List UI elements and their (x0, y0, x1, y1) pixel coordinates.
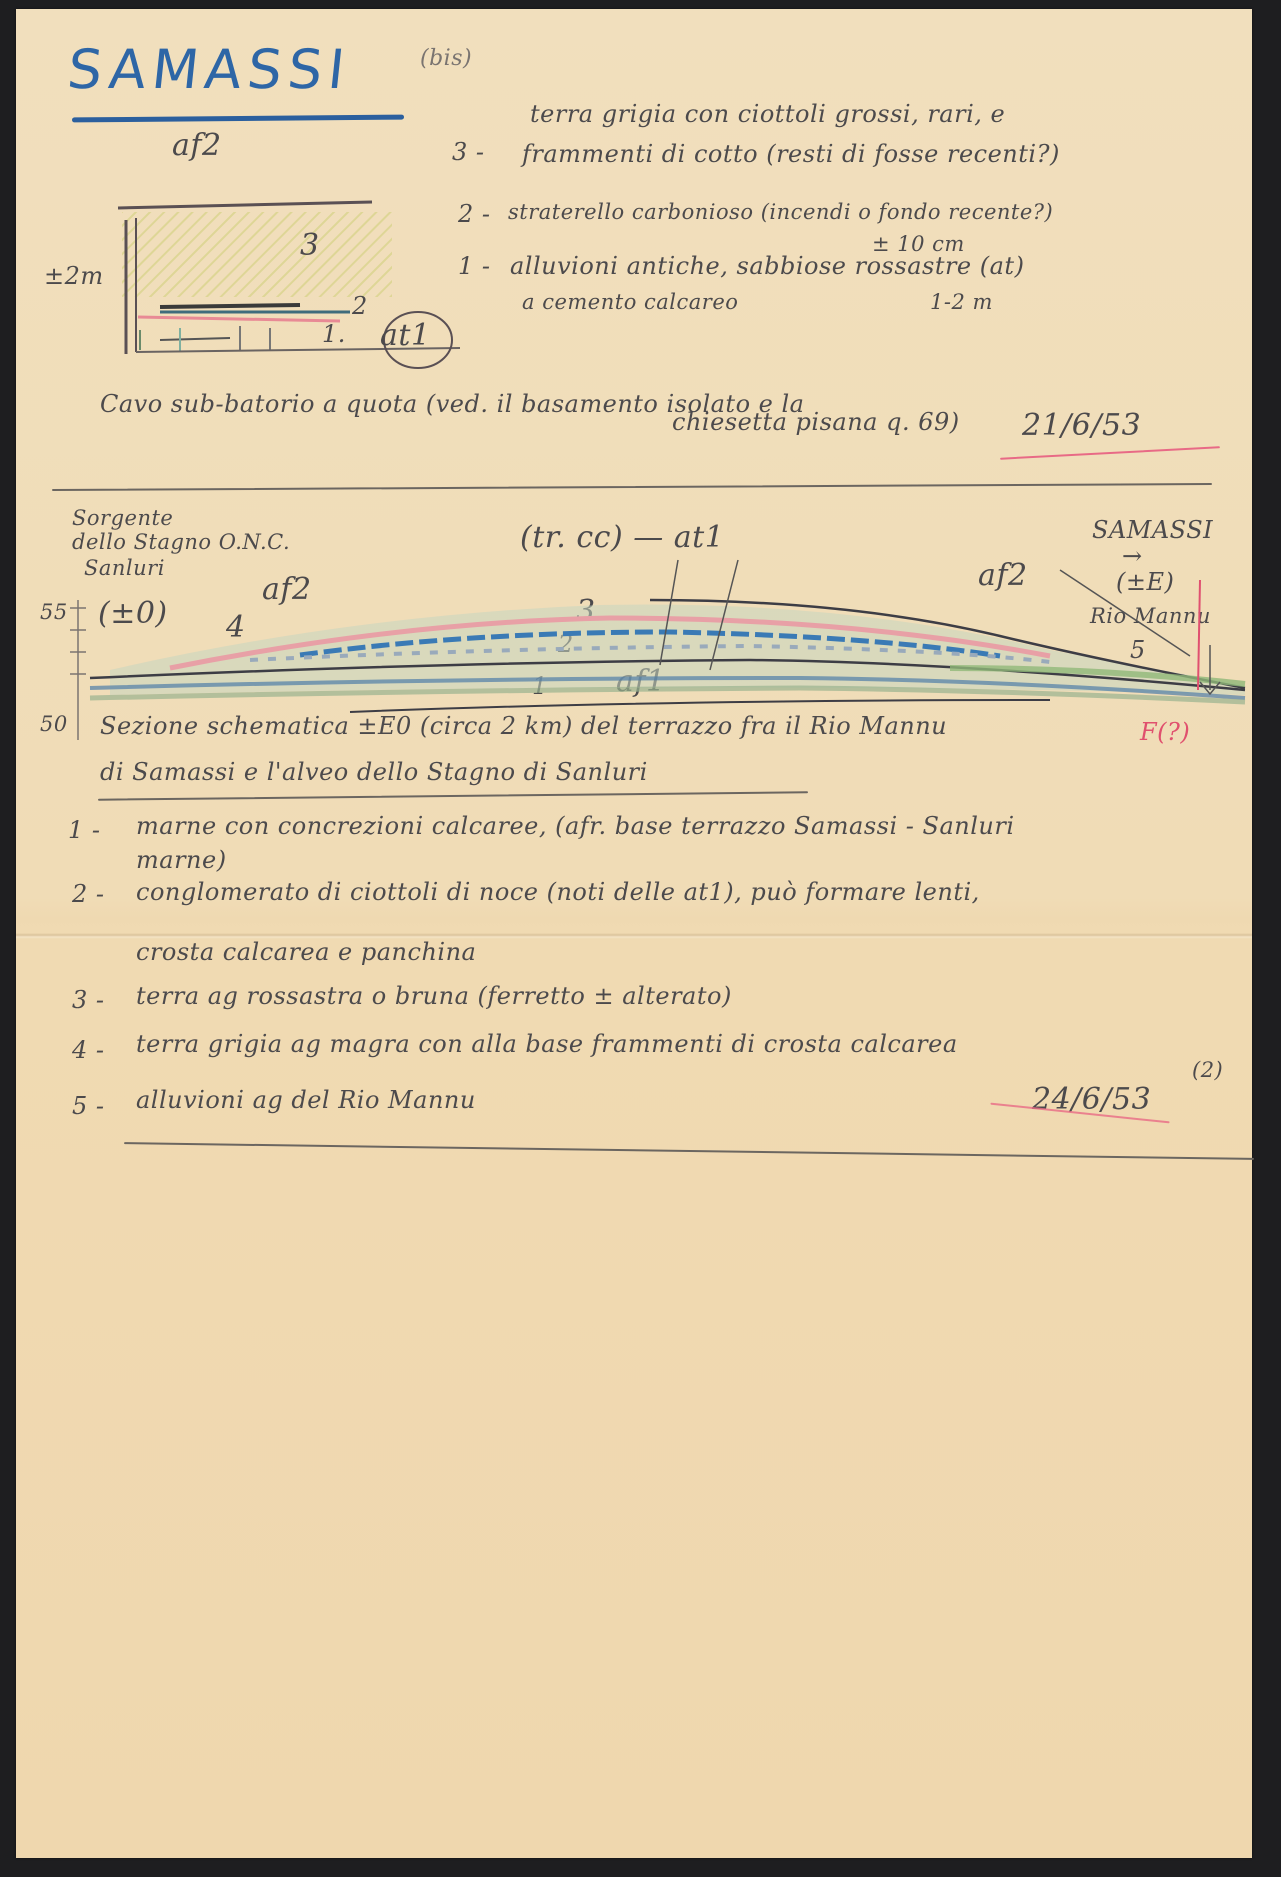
legend2-1-text: marne con concrezioni calcaree, (afr. ba… (136, 812, 1015, 840)
layer-label-1: 1. (322, 320, 346, 348)
date-1: 21/6/53 (1022, 408, 1141, 443)
legend1-3-num: 3 - (452, 138, 485, 166)
legend1-3-line2: frammenti di cotto (resti di fosse recen… (522, 140, 1060, 168)
legend2-3-text: terra ag rossastra o bruna (ferretto ± a… (136, 982, 732, 1010)
legend1-1-num: 1 - (458, 252, 491, 280)
legend2-5-num: 5 - (72, 1092, 105, 1120)
date-2: 24/6/53 (1032, 1082, 1151, 1117)
legend2-2-num: 2 - (72, 880, 105, 908)
caption-red-note: F(?) (1140, 718, 1190, 746)
layer-label-3: 3 (300, 228, 320, 263)
legend1-1-line1: alluvioni antiche, sabbiose rossastre (a… (510, 252, 1024, 280)
legend2-1-num: 1 - (68, 816, 101, 844)
depth-label: ±2m (44, 262, 104, 290)
circled-label-at1: at1 (380, 318, 431, 353)
caption-line1: Sezione schematica ±E0 (circa 2 km) del … (100, 712, 947, 740)
cross-section-drawing (50, 560, 1250, 720)
legend1-2-line1: straterello carbonioso (incendi o fondo … (508, 200, 1053, 224)
legend1-1-line3: 1-2 m (930, 290, 993, 314)
title-note: (bis) (420, 46, 472, 71)
layer-label-2: 2 (352, 292, 368, 320)
legend1-1-line2: a cemento calcareo (522, 290, 738, 314)
legend2-4-text: terra grigia ag magra con alla base fram… (136, 1030, 958, 1058)
legend1-2-num: 2 - (458, 200, 491, 228)
diagram-label-af2: af2 (172, 128, 222, 163)
caption-line2: di Samassi e l'alveo dello Stagno di San… (100, 758, 648, 786)
left-label-2: dello Stagno O.N.C. (72, 530, 290, 554)
legend2-2-text2: crosta calcarea e panchina (136, 938, 476, 966)
note-line2: chiesetta pisana q. 69) (672, 408, 960, 436)
left-label-1: Sorgente (72, 506, 173, 530)
right-label-samassi: SAMASSI (1092, 516, 1213, 544)
legend2-2-text: conglomerato di ciottoli di noce (noti d… (136, 878, 980, 906)
page-title: SAMASSI (65, 38, 354, 101)
label-center: (tr. cc) — at1 (520, 520, 724, 555)
legend2-4-num: 4 - (72, 1036, 105, 1064)
legend2-3-num: 3 - (72, 986, 105, 1014)
legend2-1-text2: marne) (136, 846, 227, 874)
legend2-4-text2: (2) (1192, 1058, 1223, 1082)
legend2-5-text: alluvioni ag del Rio Mannu (136, 1086, 476, 1114)
legend1-3-line1: terra grigia con ciottoli grossi, rari, … (530, 100, 1005, 128)
